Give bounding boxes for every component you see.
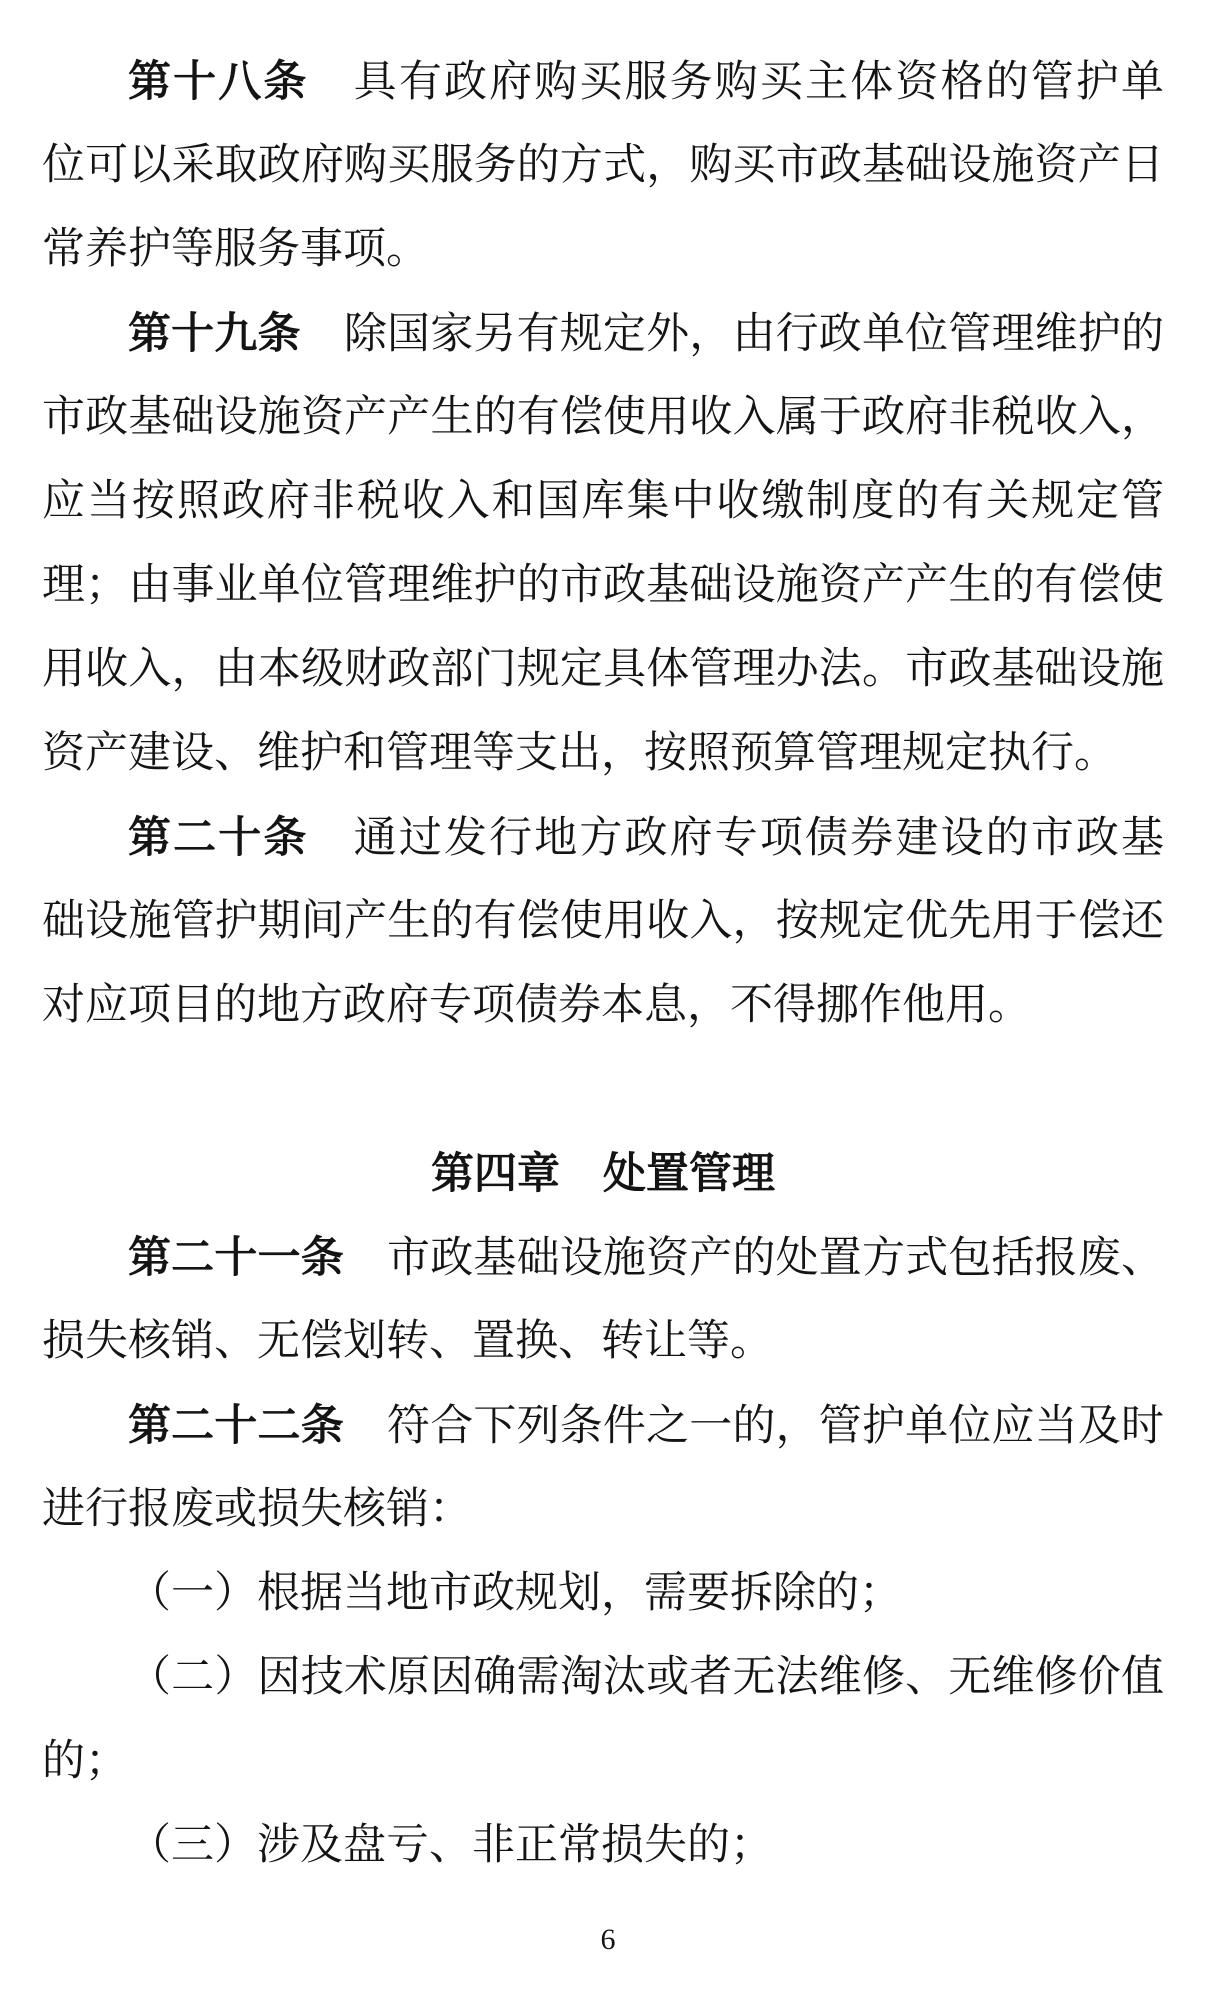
text-line: 资产建设、维护和管理等支出，按照预算管理规定执行。 xyxy=(42,712,1164,796)
body-text: 通过发行地方政府专项债券建设的市政基 xyxy=(309,815,1164,862)
text-line: 应当按照政府非税收入和国库集中收缴制度的有关规定管 xyxy=(42,460,1164,544)
text-line: 进行报废或损失核销： xyxy=(42,1468,1164,1552)
body-text: 础设施管护期间产生的有偿使用收入，按规定优先用于偿还 xyxy=(42,898,1164,945)
body-text: 资产建设、维护和管理等支出，按照预算管理规定执行。 xyxy=(42,730,1117,777)
body-text: 损失核销、无偿划转、置换、转让等。 xyxy=(42,1318,773,1365)
text-line: 损失核销、无偿划转、置换、转让等。 xyxy=(42,1300,1164,1384)
text-line: 础设施管护期间产生的有偿使用收入，按规定优先用于偿还 xyxy=(42,880,1164,964)
page-number: 6 xyxy=(0,1918,1216,1962)
text-line: （三）涉及盘亏、非正常损失的； xyxy=(42,1804,1164,1888)
body-text: 应当按照政府非税收入和国库集中收缴制度的有关规定管 xyxy=(42,478,1164,525)
document-body: 第十八条 具有政府购买服务购买主体资格的管护单位可以采取政府购买服务的方式，购买… xyxy=(42,40,1164,1888)
text-line: 第二十条 通过发行地方政府专项债券建设的市政基 xyxy=(42,796,1164,880)
chapter-heading: 第四章 处置管理 xyxy=(42,1132,1164,1216)
text-line: 的； xyxy=(42,1720,1164,1804)
text-line: （二）因技术原因确需淘汰或者无法维修、无维修价值 xyxy=(42,1636,1164,1720)
body-text: 具有政府购买服务购买主体资格的管护单 xyxy=(309,59,1164,106)
body-text: 除国家另有规定外，由行政单位管理维护的 xyxy=(301,311,1164,358)
text-line: 第十八条 具有政府购买服务购买主体资格的管护单 xyxy=(42,40,1164,124)
body-text: 对应项目的地方政府专项债券本息，不得挪作他用。 xyxy=(42,982,1031,1029)
article-number-label: 第十八条 xyxy=(128,58,309,106)
article-number-label: 第十九条 xyxy=(128,310,301,358)
article-number-label: 第二十一条 xyxy=(128,1234,344,1282)
body-text: 位可以采取政府购买服务的方式，购买市政基础设施资产日 xyxy=(42,142,1164,189)
text-line: 理；由事业单位管理维护的市政基础设施资产产生的有偿使 xyxy=(42,544,1164,628)
body-text: 进行报废或损失核销： xyxy=(42,1486,472,1533)
text-line: 位可以采取政府购买服务的方式，购买市政基础设施资产日 xyxy=(42,124,1164,208)
body-text: 符合下列条件之一的，管护单位应当及时 xyxy=(344,1403,1164,1450)
body-text: 的； xyxy=(42,1738,128,1785)
article-number-label: 第四章 处置管理 xyxy=(431,1150,775,1198)
document-page: 第十八条 具有政府购买服务购买主体资格的管护单位可以采取政府购买服务的方式，购买… xyxy=(0,0,1216,1995)
text-line: 用收入，由本级财政部门规定具体管理办法。市政基础设施 xyxy=(42,628,1164,712)
text-line: 对应项目的地方政府专项债券本息，不得挪作他用。 xyxy=(42,964,1164,1048)
text-line: 第二十一条 市政基础设施资产的处置方式包括报废、 xyxy=(42,1216,1164,1300)
body-text: 理；由事业单位管理维护的市政基础设施资产产生的有偿使 xyxy=(42,562,1164,609)
body-text: 市政基础设施资产产生的有偿使用收入属于政府非税收入， xyxy=(42,394,1164,441)
text-line: 第二十二条 符合下列条件之一的，管护单位应当及时 xyxy=(42,1384,1164,1468)
article-number-label: 第二十条 xyxy=(128,814,309,862)
text-line: 常养护等服务事项。 xyxy=(42,208,1164,292)
body-text: （一）根据当地市政规划，需要拆除的； xyxy=(128,1570,902,1617)
body-text: 用收入，由本级财政部门规定具体管理办法。市政基础设施 xyxy=(42,646,1164,693)
body-text: 市政基础设施资产的处置方式包括报废、 xyxy=(344,1235,1164,1282)
text-line: 市政基础设施资产产生的有偿使用收入属于政府非税收入， xyxy=(42,376,1164,460)
text-line: 第十九条 除国家另有规定外，由行政单位管理维护的 xyxy=(42,292,1164,376)
body-text: （二）因技术原因确需淘汰或者无法维修、无维修价值 xyxy=(128,1654,1164,1701)
body-text: （三）涉及盘亏、非正常损失的； xyxy=(128,1822,773,1869)
text-line: （一）根据当地市政规划，需要拆除的； xyxy=(42,1552,1164,1636)
body-text: 常养护等服务事项。 xyxy=(42,226,429,273)
blank-line xyxy=(42,1048,1164,1132)
article-number-label: 第二十二条 xyxy=(128,1402,344,1450)
